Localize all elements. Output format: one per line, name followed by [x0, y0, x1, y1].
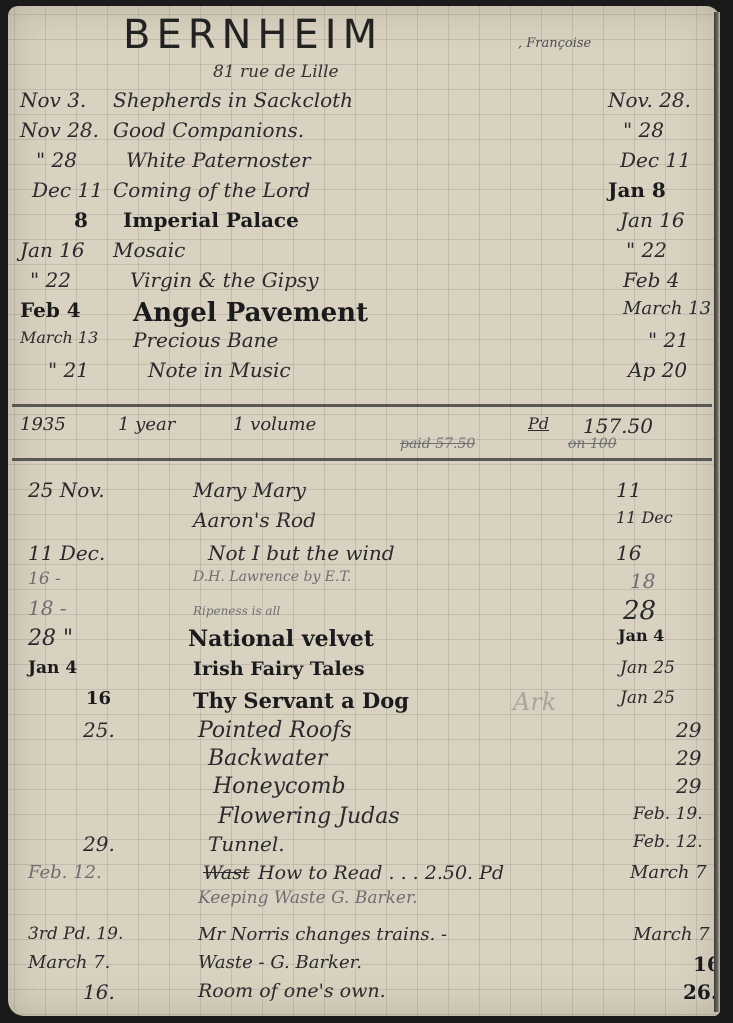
book-title: Imperial Palace	[123, 208, 299, 232]
borrowed-date: 11 Dec.	[28, 541, 105, 565]
divider-line	[12, 458, 712, 461]
book-title: Irish Fairy Tales	[193, 658, 365, 680]
borrowed-date: 25.	[83, 718, 115, 742]
library-card: BERNHEIM , Françoise 81 rue de Lille Nov…	[8, 6, 720, 1016]
borrowed-date: 18 -	[28, 596, 67, 620]
book-title: D.H. Lawrence by E.T.	[193, 569, 351, 585]
borrowed-date: March 13	[20, 328, 98, 347]
borrowed-date: Jan 16	[20, 238, 85, 262]
book-title: Tunnel.	[208, 832, 285, 856]
book-title: White Paternoster	[126, 148, 311, 172]
returned-date: Feb 4	[623, 268, 680, 292]
borrowed-date: 16.	[83, 980, 115, 1004]
returned-date: 11	[616, 478, 641, 502]
subscription-year: 1935	[20, 414, 66, 435]
borrowed-date: Nov 3.	[20, 88, 86, 112]
loan-row: Aaron's Rod 11 Dec	[8, 508, 720, 534]
returned-date: Ap 20	[628, 358, 687, 382]
book-title: Keeping Waste G. Barker.	[198, 888, 418, 908]
borrowed-date: 8	[74, 208, 88, 232]
borrowed-date: 16	[86, 688, 111, 709]
loan-row: 29. Tunnel. Feb. 12.	[8, 832, 720, 858]
returned-date: " 21	[648, 328, 689, 352]
book-title: Pointed Roofs	[198, 718, 352, 743]
borrowed-date: 29.	[83, 832, 115, 856]
book-title: Aaron's Rod	[193, 508, 316, 532]
returned-date: March 13	[623, 298, 711, 319]
loan-row: " 22 Virgin & the Gipsy Feb 4	[8, 268, 720, 294]
loan-row: 25 Nov. Mary Mary 11	[8, 478, 720, 504]
struck-amount: on 100	[568, 436, 617, 452]
book-title: Mr Norris changes trains. -	[198, 924, 447, 945]
book-title: Ripeness is all	[193, 604, 280, 618]
paid-label: Pd	[528, 414, 549, 433]
loan-row: Keeping Waste G. Barker.	[8, 888, 720, 914]
loan-row: Honeycomb 29	[8, 774, 720, 800]
subscription-volumes: 1 volume	[233, 414, 316, 435]
loan-row: Jan 4 Irish Fairy Tales Jan 25	[8, 658, 720, 684]
loan-row: Jan 16 Mosaic " 22	[8, 238, 720, 264]
returned-date: " 28	[623, 118, 664, 142]
book-title: Thy Servant a Dog	[193, 688, 409, 713]
struck-word: Wast	[203, 862, 250, 884]
book-title: Mosaic	[113, 238, 185, 262]
borrowed-date: Nov 28.	[20, 118, 99, 142]
book-title: Flowering Judas	[218, 804, 400, 829]
loan-row: Feb 4 Angel Pavement March 13	[8, 298, 720, 324]
loan-row: 3rd Pd. 19. Mr Norris changes trains. - …	[8, 924, 720, 950]
book-title: Good Companions.	[113, 118, 304, 142]
borrowed-date: Feb 4	[20, 298, 81, 322]
returned-date: Dec 11	[620, 148, 691, 172]
loan-row: Backwater 29	[8, 746, 720, 772]
returned-date: 11 Dec	[616, 508, 673, 527]
loan-row: 28 " National velvet Jan 4	[8, 626, 720, 652]
member-first-name: , Françoise	[518, 36, 591, 51]
subscription-duration: 1 year	[118, 414, 175, 435]
returned-date: 29	[676, 746, 701, 770]
book-title: Shepherds in Sackcloth	[113, 88, 353, 112]
loan-row: March 13 Precious Bane " 21	[8, 328, 720, 354]
returned-date: Jan 25	[620, 658, 675, 678]
returned-date: Feb. 19.	[633, 804, 703, 824]
book-title: Not I but the wind	[208, 541, 395, 565]
borrowed-date: " 22	[30, 268, 71, 292]
book-title: Room of one's own.	[198, 980, 386, 1002]
loan-row: March 7. Waste - G. Barker. 16	[8, 952, 720, 978]
returned-date: Jan 8	[608, 178, 666, 202]
loan-row: Dec 11 Coming of the Lord Jan 8	[8, 178, 720, 204]
loan-row: " 28 White Paternoster Dec 11	[8, 148, 720, 174]
returned-date: 29	[676, 774, 701, 798]
struck-paid: paid 57.50	[400, 436, 475, 452]
book-title: Honeycomb	[213, 774, 346, 799]
returned-date: 29	[676, 718, 701, 742]
loan-row: 16 Thy Servant a Dog Ark Jan 25	[8, 688, 720, 714]
returned-date: 26.	[683, 980, 718, 1004]
returned-date: 18	[630, 569, 655, 593]
returned-date: Jan 4	[618, 626, 664, 645]
borrowed-date: Dec 11	[32, 178, 103, 202]
returned-date: Jan 25	[620, 688, 675, 708]
book-title: National velvet	[188, 626, 374, 652]
book-title: Waste - G. Barker.	[198, 952, 362, 973]
borrowed-date: 28 "	[28, 626, 73, 651]
book-title: Precious Bane	[133, 328, 278, 352]
loan-row: 8 Imperial Palace Jan 16	[8, 208, 720, 234]
loan-row: 16 - D.H. Lawrence by E.T. 18	[8, 569, 720, 595]
returned-date: 28	[623, 596, 656, 626]
returned-date: March 7	[633, 924, 710, 945]
member-address: 81 rue de Lille	[213, 62, 339, 82]
loan-row: Nov 28. Good Companions. " 28	[8, 118, 720, 144]
borrowed-date: 3rd Pd. 19.	[28, 924, 123, 944]
margin-note: Ark	[513, 688, 556, 716]
borrowed-date: March 7.	[28, 952, 110, 973]
returned-date: Jan 16	[620, 208, 685, 232]
returned-date: March 7	[630, 862, 707, 883]
loan-row: Flowering Judas Feb. 19.	[8, 804, 720, 830]
borrowed-date: Feb. 12.	[28, 862, 102, 883]
loan-row: Nov 3. Shepherds in Sackcloth Nov. 28.	[8, 88, 720, 114]
borrowed-date: 25 Nov.	[28, 478, 105, 502]
book-title: Virgin & the Gipsy	[130, 268, 319, 292]
loan-row: 11 Dec. Not I but the wind 16	[8, 541, 720, 567]
returned-date: " 22	[626, 238, 667, 262]
book-title: Mary Mary	[193, 478, 306, 502]
divider-line	[12, 404, 712, 407]
book-title: Angel Pavement	[133, 298, 368, 328]
loan-row: " 21 Note in Music Ap 20	[8, 358, 720, 384]
returned-date: 16	[616, 541, 641, 565]
book-title: Note in Music	[148, 358, 291, 382]
loan-row: 16. Room of one's own. 26.	[8, 980, 720, 1006]
borrowed-date: " 28	[36, 148, 77, 172]
returned-date: Feb. 12.	[633, 832, 703, 852]
loan-row: 25. Pointed Roofs 29	[8, 718, 720, 744]
member-surname: BERNHEIM	[123, 12, 383, 58]
borrowed-date: 16 -	[28, 569, 61, 589]
returned-date: Nov. 28.	[608, 88, 691, 112]
loan-row: 18 - Ripeness is all 28	[8, 596, 720, 622]
subscription-amount: 157.50	[583, 414, 653, 438]
borrowed-date: " 21	[48, 358, 89, 382]
loan-row: Feb. 12. Wast How to Read . . . 2.50. Pd…	[8, 862, 720, 888]
book-title: Coming of the Lord	[113, 178, 310, 202]
borrowed-date: Jan 4	[28, 658, 77, 678]
book-title: How to Read . . . 2.50. Pd	[258, 862, 504, 884]
card-edge	[714, 12, 720, 1012]
book-title: Backwater	[208, 746, 327, 771]
